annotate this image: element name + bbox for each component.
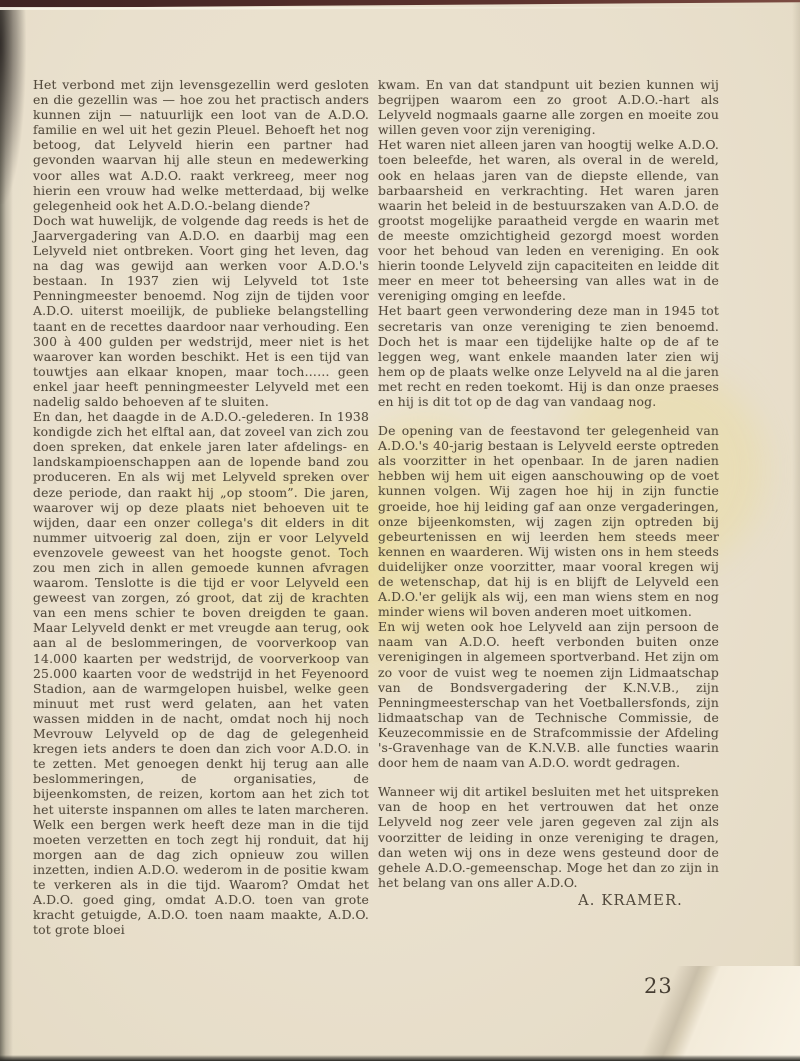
author-signature: A. KRAMER.	[378, 893, 683, 909]
paragraph: Het verbond met zijn levensgezellin werd…	[33, 77, 369, 213]
right-column: kwam. En van dat standpunt uit bezien ku…	[378, 77, 719, 890]
paragraph: kwam. En van dat standpunt uit bezien ku…	[378, 77, 719, 137]
page-top-red-edge	[0, 0, 800, 8]
page-right-edge-shadow	[792, 0, 800, 1061]
paragraph: Het baart geen verwondering deze man in …	[378, 303, 719, 409]
paragraph: Het waren niet alleen jaren van hoogtij …	[378, 137, 719, 303]
page-top-edge-highlight	[0, 7, 800, 10]
paragraph: Doch wat huwelijk, de volgende dag reeds…	[33, 213, 369, 409]
page-corner-curl	[560, 966, 800, 1061]
page-bottom-edge-shadow	[0, 1055, 800, 1061]
paragraph: En dan, het daagde in de A.D.O.-geledere…	[33, 409, 369, 937]
paragraph: De opening van de feestavond ter gelegen…	[378, 423, 719, 619]
left-column: Het verbond met zijn levensgezellin werd…	[33, 77, 369, 937]
page-left-top-shadow	[0, 4, 26, 204]
paragraph: En wij weten ook hoe Lelyveld aan zijn p…	[378, 619, 719, 770]
paragraph: Wanneer wij dit artikel besluiten met he…	[378, 784, 719, 890]
